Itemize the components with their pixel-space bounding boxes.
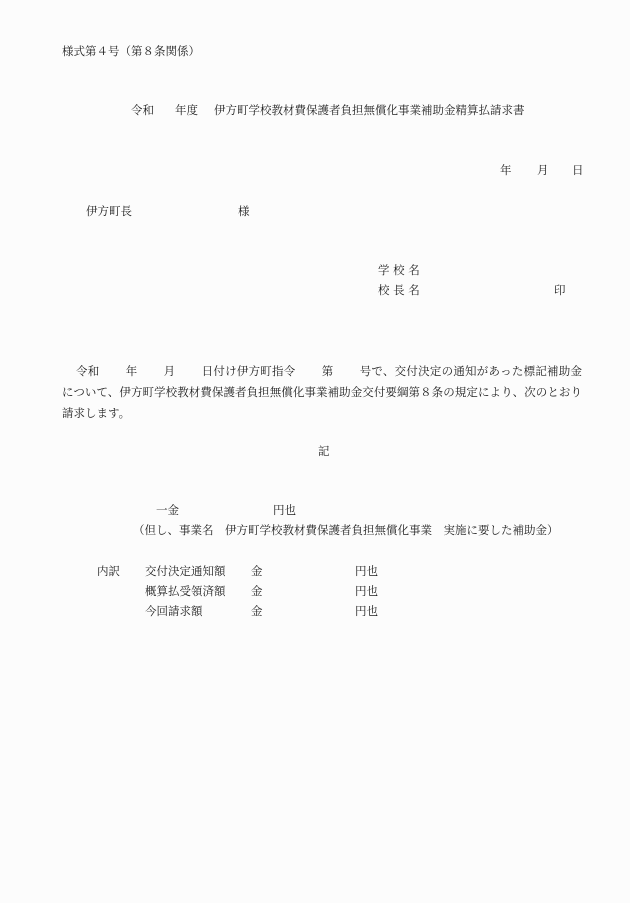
title-era: 令和 <box>131 103 154 117</box>
body-era: 令和 <box>76 364 99 378</box>
breakdown-kin: 金 <box>251 604 263 618</box>
breakdown-label: 内訳 <box>97 564 120 578</box>
addressee-name: 伊方町長 <box>86 204 132 218</box>
addressee-honorific: 様 <box>238 204 250 218</box>
date-year: 年 <box>500 163 512 177</box>
breakdown-item: 交付決定通知額 <box>145 564 226 578</box>
date-month: 月 <box>537 163 549 177</box>
body-month: 月 <box>163 364 175 378</box>
seal-mark: 印 <box>554 283 566 297</box>
request-paragraph: 令和年月日付け伊方町指令第号で、交付決定の通知があった標記補助金について、伊方町… <box>62 361 582 424</box>
date-day: 日 <box>572 163 584 177</box>
breakdown-item: 概算払受領済額 <box>145 584 226 598</box>
amount-prefix: 一金 <box>156 503 179 517</box>
ki-heading: 記 <box>318 444 330 458</box>
breakdown-kin: 金 <box>251 584 263 598</box>
page-title: 伊方町学校教材費保護者負担無償化事業補助金精算払請求書 <box>214 103 525 117</box>
body-day-text: 日付け伊方町指令 <box>201 364 295 378</box>
breakdown-yen: 円也 <box>355 604 378 618</box>
breakdown-kin: 金 <box>251 564 263 578</box>
title-year-suffix: 年度 <box>175 103 198 117</box>
amount-note: （但し、事業名 伊方町学校教材費保護者負担無償化事業 実施に要した補助金） <box>133 523 559 537</box>
amount-suffix: 円也 <box>273 503 296 517</box>
principal-name-label: 校 長 名 <box>378 283 420 297</box>
breakdown-item: 今回請求額 <box>145 604 203 618</box>
breakdown-yen: 円也 <box>355 564 378 578</box>
school-name-label: 学 校 名 <box>378 263 420 277</box>
body-year: 年 <box>125 364 137 378</box>
form-number: 様式第４号（第８条関係） <box>62 44 200 58</box>
breakdown-yen: 円也 <box>355 584 378 598</box>
body-no-prefix: 第 <box>322 364 334 378</box>
